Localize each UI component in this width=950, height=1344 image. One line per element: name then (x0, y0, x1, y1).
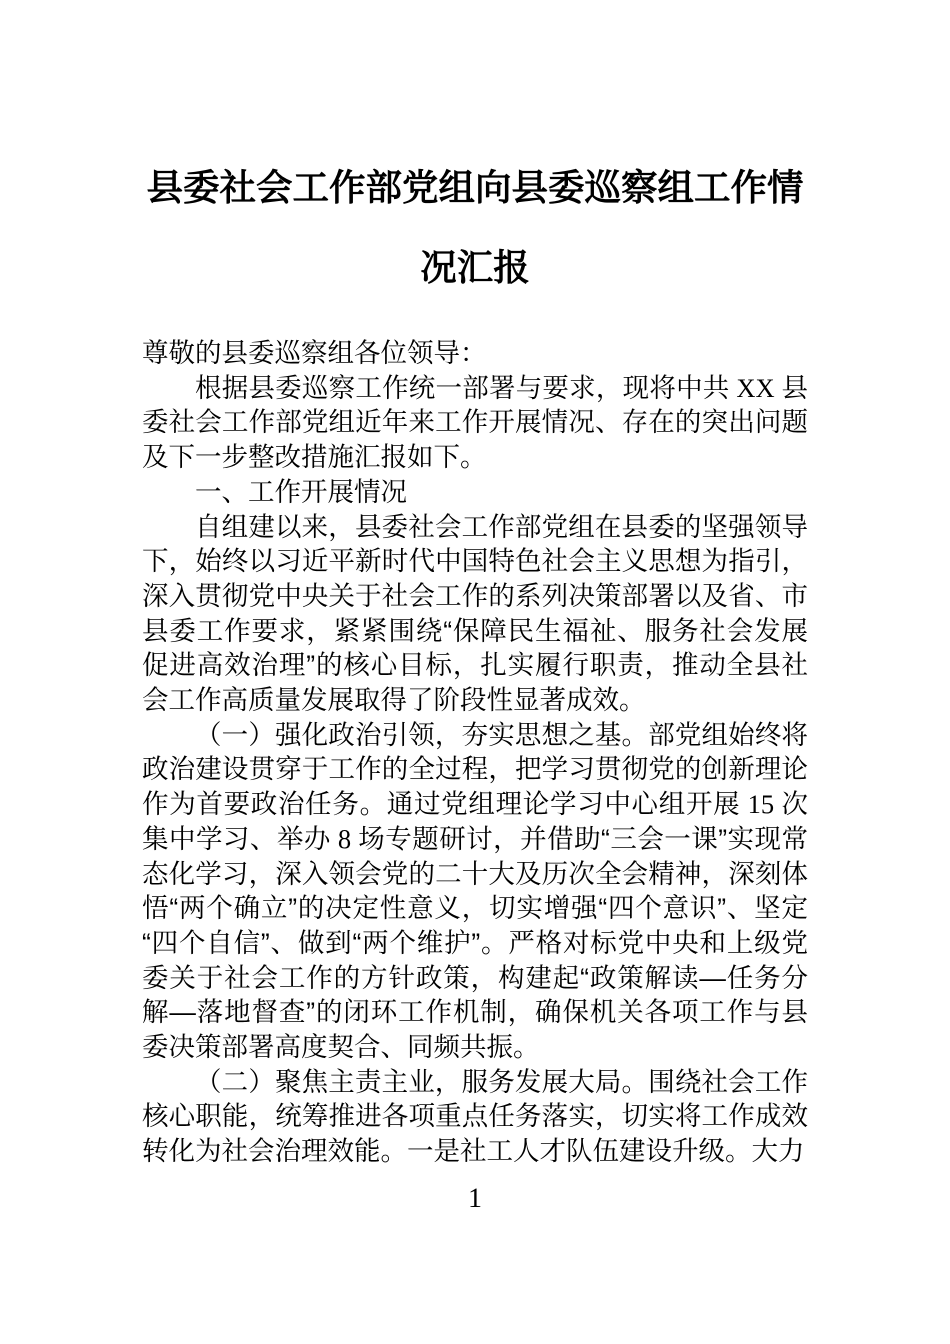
paragraph: （一）强化政治引领，夯实思想之基。部党组始终将政治建设贯穿于工作的全过程，把学习… (142, 718, 808, 1065)
document-page: 县委社会工作部党组向县委巡察组工作情况汇报 尊敬的县委巡察组各位领导：根据县委巡… (0, 0, 950, 1344)
document-body: 尊敬的县委巡察组各位领导：根据县委巡察工作统一部署与要求，现将中共 XX 县委社… (142, 336, 808, 1172)
page-number: 1 (0, 1182, 950, 1216)
paragraph: 根据县委巡察工作统一部署与要求，现将中共 XX 县委社会工作部党组近年来工作开展… (142, 371, 808, 475)
paragraph: （二）聚焦主责主业，服务发展大局。围绕社会工作核心职能，统筹推进各项重点任务落实… (142, 1065, 808, 1169)
paragraph: 尊敬的县委巡察组各位领导： (142, 336, 808, 371)
paragraph: 自组建以来，县委社会工作部党组在县委的坚强领导下，始终以习近平新时代中国特色社会… (142, 510, 808, 718)
paragraph: 一、工作开展情况 (142, 475, 808, 510)
document-title: 县委社会工作部党组向县委巡察组工作情况汇报 (142, 148, 808, 308)
